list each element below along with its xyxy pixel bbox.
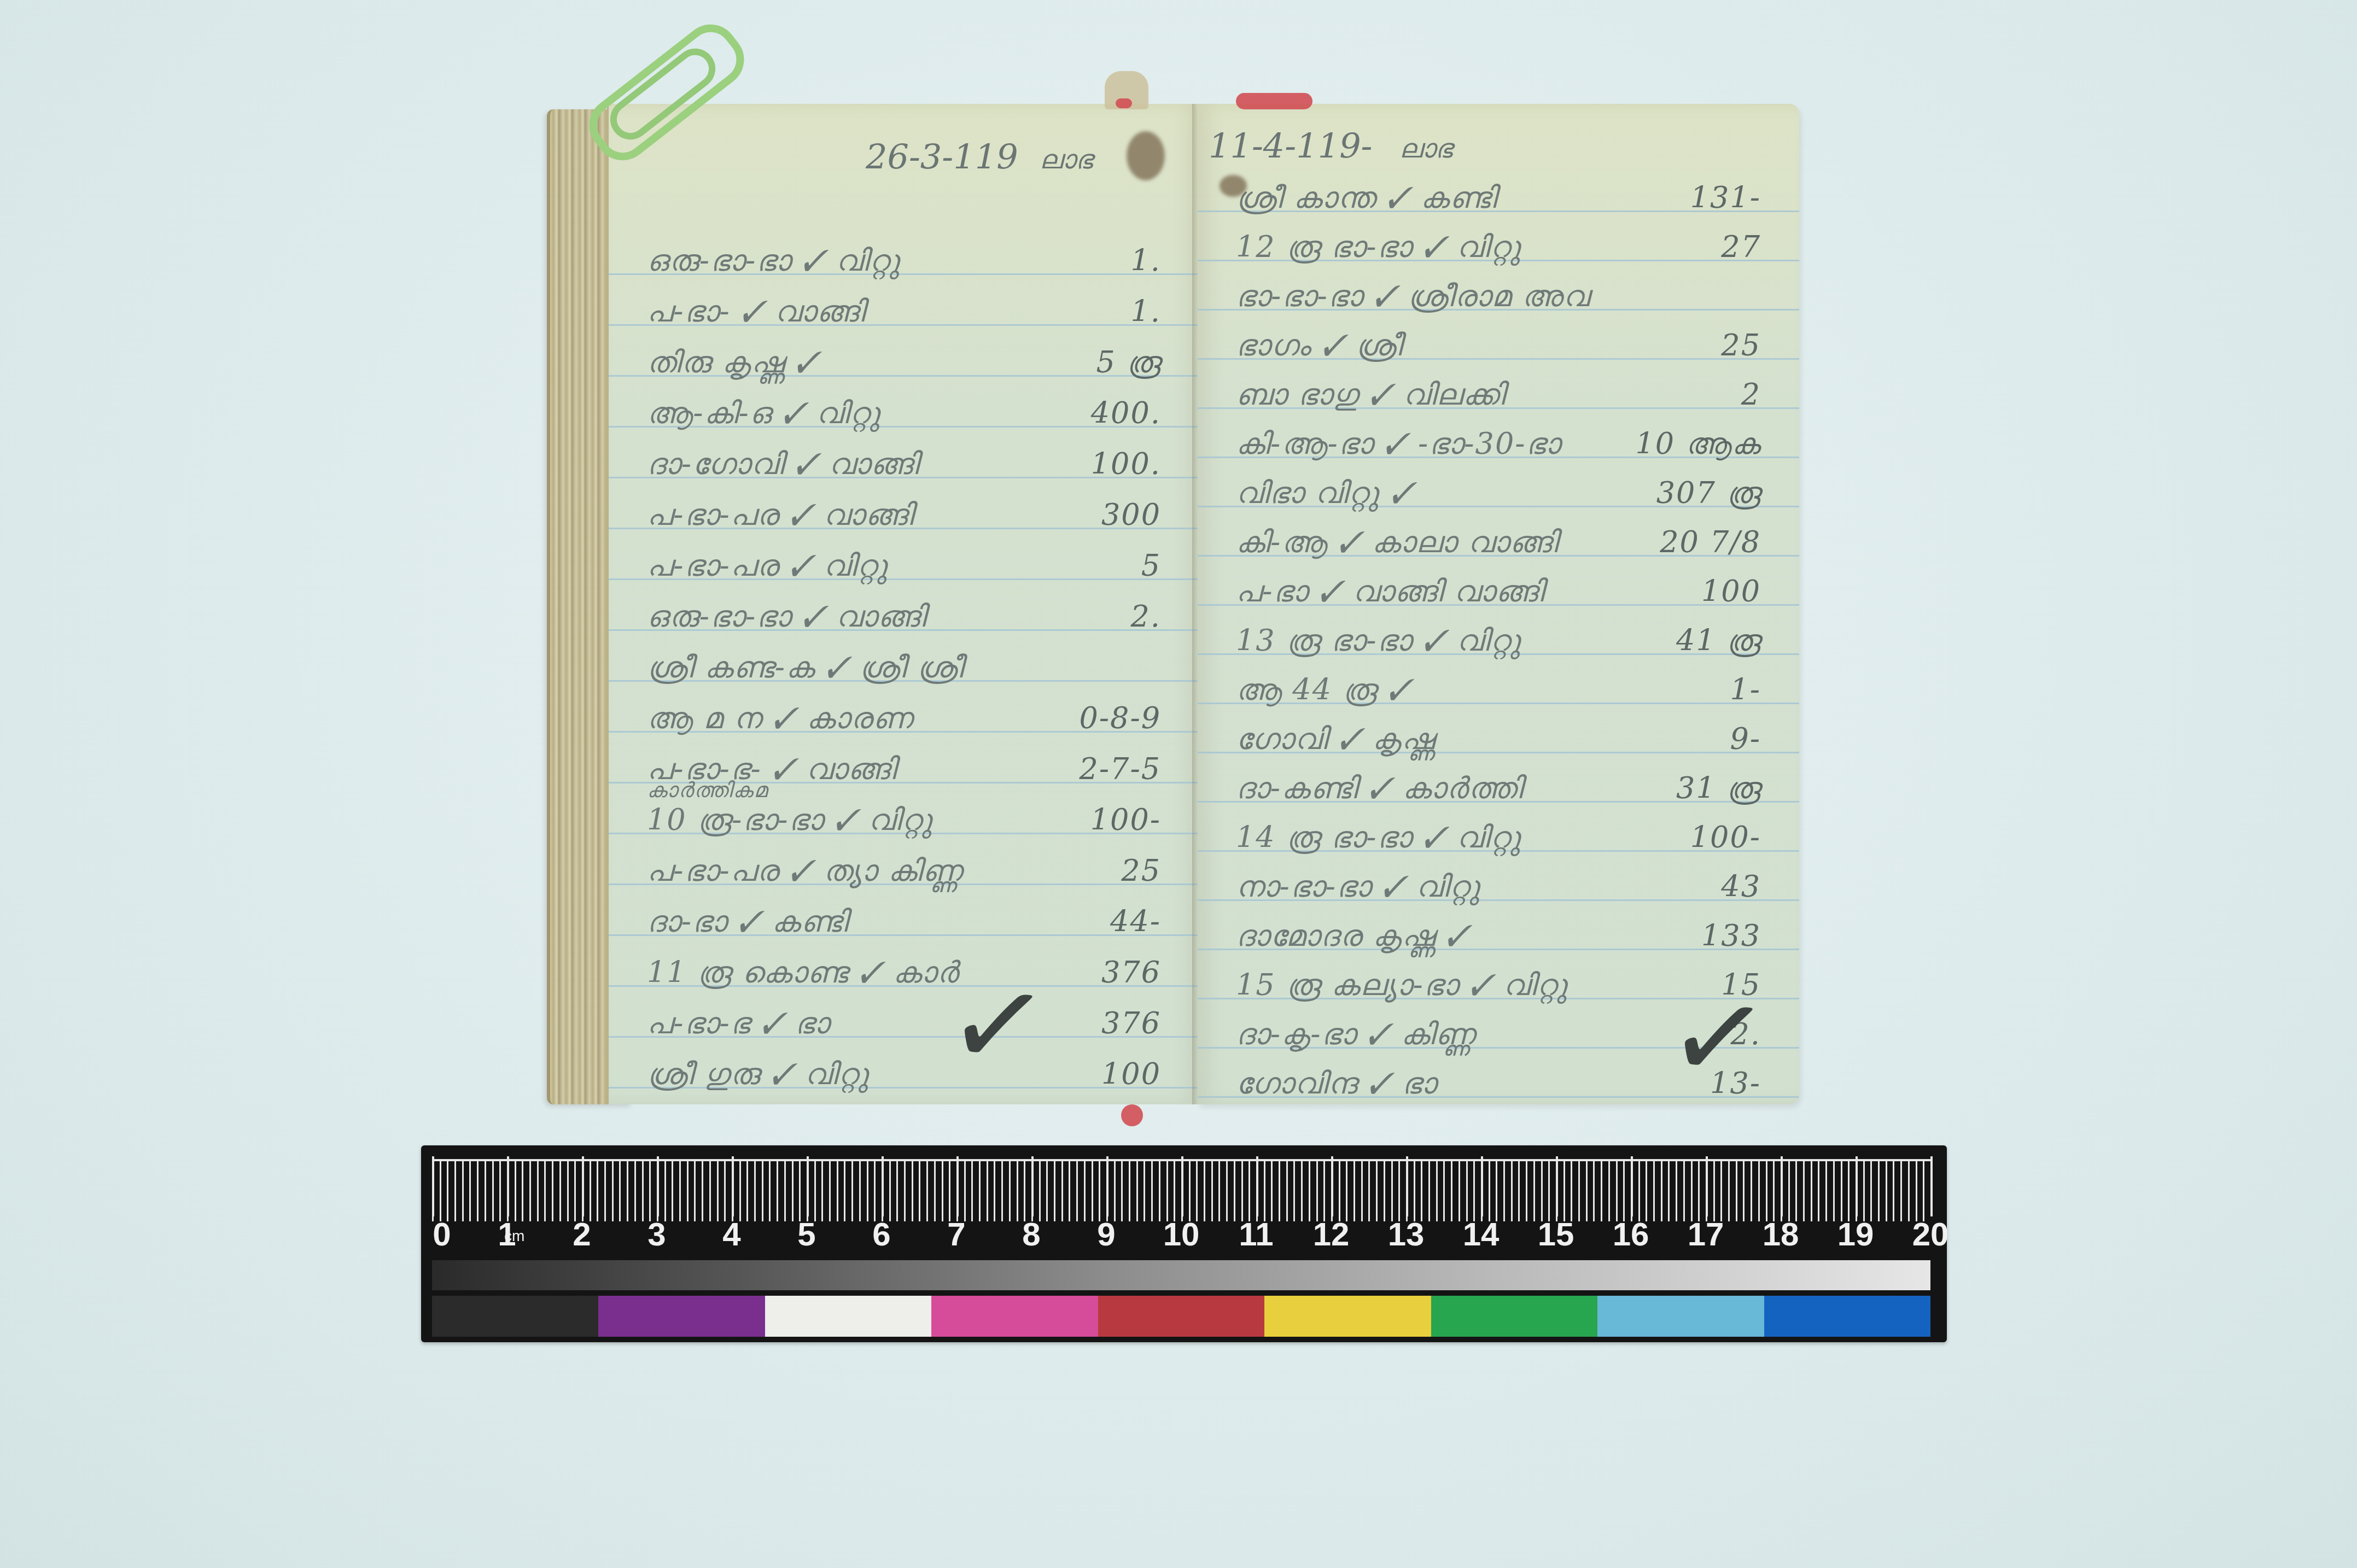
entry-text: പ-ഭാ-ഭ ✓ ഭാ <box>647 1006 830 1040</box>
ruler-label: 7 <box>947 1215 965 1253</box>
ruler-unit: cm <box>504 1227 524 1245</box>
stain <box>1220 175 1247 197</box>
entry-text: നാ-ഭാ-ഭാ ✓ വിറ്റു <box>1236 869 1481 904</box>
entry-amount: 100 <box>1701 574 1761 609</box>
entry-text: ദാമോദര കൃഷ്ണ ✓ <box>1236 918 1469 953</box>
ruler-major-tick <box>1031 1156 1034 1216</box>
ruler-major-tick <box>807 1156 809 1216</box>
ruler-major-tick <box>1706 1156 1708 1216</box>
ruler-major-tick <box>507 1156 509 1216</box>
entry-amount: 25 <box>1121 853 1161 888</box>
color-swatch <box>1764 1296 1930 1337</box>
ruler-label: 20 <box>1912 1215 1949 1253</box>
ledger-entry: വിഭാ വിറ്റു ✓307 രൂ <box>1236 476 1777 519</box>
ledger-entry: ആ മ ന ✓ കാരണ0-8-9 <box>647 701 1177 745</box>
entry-text: ദാ-ഗോവി ✓ വാങ്ങി <box>647 447 919 481</box>
ledger-entry: നാ-ഭാ-ഭാ ✓ വിറ്റു43 <box>1236 869 1777 913</box>
ledger-entry: ഭാ-ഭാ-ഭാ ✓ ശ്രീരാമ അവ <box>1236 279 1777 323</box>
ruler-label: 12 <box>1313 1215 1350 1253</box>
ruler-label: 4 <box>722 1215 740 1253</box>
ledger-entry: ബാ ഭാഗു ✓ വിലക്കി2 <box>1236 377 1777 421</box>
entry-amount: 376 <box>1101 955 1161 990</box>
entry-amount: 0-8-9 <box>1079 701 1161 735</box>
entry-amount: 2 <box>1741 377 1761 412</box>
ruler-label: 6 <box>872 1215 890 1253</box>
ruler-major-tick <box>432 1156 434 1216</box>
entry-amount: 5 <box>1141 548 1161 583</box>
entry-text: ദാ-കൃ-ഭാ ✓ കിണ്ണ <box>1236 1017 1475 1051</box>
entry-text: 15 രൂ കല്യാ-ഭാ ✓ വിറ്റു <box>1236 968 1568 1002</box>
ledger-entry: 12 രൂ ഭാ-ഭാ ✓ വിറ്റു27 <box>1236 230 1777 273</box>
ledger-entry: 13 രൂ ഭാ-ഭാ ✓ വിറ്റു41 രൂ <box>1236 623 1777 667</box>
ledger-entry: ഒരു-ഭാ-ഭാ ✓ വിറ്റു1. <box>647 243 1177 287</box>
entry-amount: 131- <box>1690 180 1761 215</box>
entry-text: ആ 44 രൂ ✓ <box>1236 672 1411 707</box>
grayscale-bar <box>432 1260 1930 1290</box>
ruler-label: 19 <box>1837 1215 1874 1253</box>
entry-amount: 133 <box>1701 918 1761 953</box>
ruler-major-tick <box>582 1156 584 1216</box>
entry-text: കി-ആ ✓ കാലാ വാങ്ങി <box>1236 525 1559 559</box>
ruler-major-tick <box>732 1156 734 1216</box>
entry-amount: 100- <box>1090 803 1161 837</box>
ledger-entry: ദാ-ഭാ ✓ കണ്ടി44- <box>647 904 1177 948</box>
color-swatch <box>432 1296 598 1337</box>
ruler-label: 11 <box>1239 1215 1273 1253</box>
entry-amount: 2. <box>1130 599 1161 634</box>
ruler-label: 0 <box>433 1215 451 1253</box>
ledger-entry: പ-ഭാ ✓ വാങ്ങി വാങ്ങി100 <box>1236 574 1777 618</box>
entry-amount: 1. <box>1130 294 1161 329</box>
color-swatch <box>1431 1296 1597 1337</box>
scale-ruler: 01234567891011121314151617181920 cm <box>421 1145 1947 1342</box>
ruler-label: 18 <box>1763 1215 1799 1253</box>
entry-text: വിഭാ വിറ്റു ✓ <box>1236 476 1414 510</box>
entry-text: 10 രൂ-ഭാ-ഭാ ✓ വിറ്റു <box>647 803 934 837</box>
ruler-major-tick <box>882 1156 884 1216</box>
entry-text: 12 രൂ ഭാ-ഭാ ✓ വിറ്റു <box>1236 230 1522 264</box>
entry-text: പ-ഭാ ✓ വാങ്ങി വാങ്ങി <box>1236 574 1544 609</box>
entry-amount: 100. <box>1091 447 1161 481</box>
ledger-entry: 14 രൂ ഭാ-ഭാ ✓ വിറ്റു100- <box>1236 820 1777 864</box>
ledger-entry: 10 രൂ-ഭാ-ഭാ ✓ വിറ്റു100-കാർത്തികമ <box>647 803 1177 846</box>
color-swatch <box>765 1296 931 1337</box>
entry-amount: 25 <box>1721 328 1761 362</box>
entry-amount: 376 <box>1101 1006 1161 1040</box>
entry-text: തിരു കൃഷ്ണ ✓ <box>647 345 819 379</box>
stain <box>1127 131 1165 180</box>
ruler-major-tick <box>1481 1156 1483 1216</box>
binding-thread <box>1116 98 1132 108</box>
entry-text: ഭാഗം ✓ ശ്രീ <box>1236 328 1403 362</box>
entry-note: കാർത്തികമ <box>647 778 768 803</box>
right-page-date: 11-4-119- ലാഭ <box>1209 126 1452 166</box>
ledger-entry: ഗോവി ✓ കൃഷ്ണ9- <box>1236 722 1777 765</box>
entry-text: ഗോവിന്ദ ✓ ഭാ <box>1236 1066 1437 1101</box>
left-page: 26-3-119 ലാഭ ഒരു-ഭാ-ഭാ ✓ വിറ്റു1.പ-ഭാ- ✓… <box>607 104 1199 1104</box>
entry-text: ദാ-ഭാ ✓ കണ്ടി <box>647 904 849 939</box>
ruler-major-tick <box>1930 1156 1933 1216</box>
color-swatch <box>1597 1296 1764 1337</box>
right-page: 11-4-119- ലാഭ ശ്രീ കാന്ത ✓ കണ്ടി131-12 ര… <box>1198 104 1799 1104</box>
ruler-label: 14 <box>1463 1215 1500 1253</box>
ruler-label: 16 <box>1613 1215 1649 1253</box>
ruler-label: 15 <box>1538 1215 1574 1253</box>
entry-amount: 10 ആക <box>1635 426 1761 461</box>
color-swatch <box>1264 1296 1431 1337</box>
ledger-entry: 11 രൂ കൊണ്ട ✓ കാർ376 <box>647 955 1177 999</box>
ruler-label: 3 <box>647 1215 666 1253</box>
entry-text: ആ-കി-ഒ ✓ വിറ്റു <box>647 396 882 430</box>
entry-amount: 44- <box>1110 904 1161 939</box>
ledger-entry: ദാ-കണ്ടി ✓ കാർത്തി31 രൂ <box>1236 771 1777 815</box>
ledger-entry: ശ്രീ ഗുരു ✓ വിറ്റു100 <box>647 1057 1177 1101</box>
ruler-major-tick <box>1781 1156 1783 1216</box>
ruler-label: 10 <box>1163 1215 1200 1253</box>
ruler-major-tick <box>1331 1156 1333 1216</box>
ledger-entry: കി-ആ ✓ കാലാ വാങ്ങി20 7/8 <box>1236 525 1777 569</box>
ruler-label: 2 <box>573 1215 591 1253</box>
left-page-date: 26-3-119 ലാഭ <box>866 137 1093 177</box>
entry-amount: 31 രൂ <box>1676 771 1761 806</box>
entry-text: 13 രൂ ഭാ-ഭാ ✓ വിറ്റു <box>1236 623 1522 658</box>
entry-amount: 2-7-5 <box>1079 752 1161 786</box>
entry-text: ശ്രീ കാന്ത ✓ കണ്ടി <box>1236 180 1497 215</box>
large-checkmark-icon: ✓ <box>1659 961 1778 1104</box>
ledger-entry: ശ്രീ കാന്ത ✓ കണ്ടി131- <box>1236 180 1777 224</box>
entry-text: ദാ-കണ്ടി ✓ കാർത്തി <box>1236 771 1523 805</box>
entry-amount: 9- <box>1730 722 1761 756</box>
ruler-major-tick <box>1106 1156 1109 1216</box>
ledger-entry: ദാമോദര കൃഷ്ണ ✓133 <box>1236 918 1777 962</box>
entry-text: 14 രൂ ഭാ-ഭാ ✓ വിറ്റു <box>1236 820 1522 855</box>
ruler-label: 9 <box>1097 1215 1115 1253</box>
entry-amount: 100- <box>1690 820 1761 855</box>
ledger-entry: ആ-കി-ഒ ✓ വിറ്റു400. <box>647 396 1177 440</box>
entry-text: ആ മ ന ✓ കാരണ <box>647 701 913 735</box>
entry-text: പ-ഭാ-പര ✓ ത്യാ കിണ്ണ <box>647 853 963 888</box>
ledger-entry: ഭാഗം ✓ ശ്രീ25 <box>1236 328 1777 372</box>
binding-thread <box>1121 1104 1143 1126</box>
ledger-entry: പ-ഭാ-പര ✓ വാങ്ങി300 <box>647 498 1177 541</box>
entry-amount: 43 <box>1721 869 1761 904</box>
ruler-major-tick <box>657 1156 659 1216</box>
notebook: 26-3-119 ലാഭ ഒരു-ഭാ-ഭാ ✓ വിറ്റു1.പ-ഭാ- ✓… <box>547 104 1805 1104</box>
entry-amount: 1- <box>1730 672 1761 707</box>
ledger-entry: ദാ-ഗോവി ✓ വാങ്ങി100. <box>647 447 1177 490</box>
ruler-label: 17 <box>1688 1215 1724 1253</box>
entry-amount: 41 രൂ <box>1676 623 1761 658</box>
entry-amount: 100 <box>1101 1057 1161 1091</box>
entry-amount: 5 രൂ <box>1096 345 1161 380</box>
entry-text: ഭാ-ഭാ-ഭാ ✓ ശ്രീരാമ അവ <box>1236 279 1590 313</box>
ledger-entry: പ-ഭാ-ഭ ✓ ഭാ376 <box>647 1006 1177 1050</box>
ledger-entry: പ-ഭാ-പര ✓ വിറ്റു5 <box>647 548 1177 592</box>
entry-text: പ-ഭാ-പര ✓ വാങ്ങി <box>647 498 914 532</box>
entry-text: ശ്രീ കണ്ട-ക ✓ ശ്രീ ശ്രീ <box>647 650 964 684</box>
entry-text: 11 രൂ കൊണ്ട ✓ കാർ <box>647 955 959 990</box>
entry-amount: 400. <box>1091 396 1161 430</box>
ruler-major-tick <box>1256 1156 1258 1216</box>
entry-amount: 300 <box>1101 498 1161 532</box>
ledger-entry: ഒരു-ഭാ-ഭാ ✓ വാങ്ങി2. <box>647 599 1177 643</box>
entry-amount: 307 രൂ <box>1656 476 1761 511</box>
ruler-major-tick <box>1556 1156 1558 1216</box>
ruler-label: 13 <box>1388 1215 1425 1253</box>
color-swatch <box>598 1296 765 1337</box>
entry-text: ബാ ഭാഗു ✓ വിലക്കി <box>1236 377 1506 412</box>
entry-text: പ-ഭാ- ✓ വാങ്ങി <box>647 294 866 329</box>
ledger-entry: പ-ഭാ-പര ✓ ത്യാ കിണ്ണ25 <box>647 853 1177 897</box>
ruler-major-tick <box>1631 1156 1633 1216</box>
ledger-entry: ശ്രീ കണ്ട-ക ✓ ശ്രീ ശ്രീ <box>647 650 1177 694</box>
color-swatch <box>931 1296 1098 1337</box>
ruler-major-tick <box>1181 1156 1183 1216</box>
ruler-major-tick <box>1856 1156 1858 1216</box>
ruler-label: 8 <box>1022 1215 1040 1253</box>
binding-thread <box>1236 93 1312 109</box>
entry-amount: 20 7/8 <box>1660 525 1761 559</box>
ledger-entry: തിരു കൃഷ്ണ ✓5 രൂ <box>647 345 1177 389</box>
entry-amount: 1. <box>1130 243 1161 278</box>
entry-text: ശ്രീ ഗുരു ✓ വിറ്റു <box>647 1057 870 1091</box>
ruler-major-tick <box>1406 1156 1408 1216</box>
ruler-label: 5 <box>797 1215 815 1253</box>
ledger-entry: ആ 44 രൂ ✓1- <box>1236 672 1777 716</box>
entry-text: ഒരു-ഭാ-ഭാ ✓ വാങ്ങി <box>647 599 926 634</box>
color-swatch <box>1098 1296 1264 1337</box>
entry-text: ഒരു-ഭാ-ഭാ ✓ വിറ്റു <box>647 243 901 278</box>
entry-text: കി-ആ-ഭാ ✓ -ഭാ-30-ഭാ <box>1236 426 1561 461</box>
ledger-entry: പ-ഭാ- ✓ വാങ്ങി1. <box>647 294 1177 338</box>
entry-text: പ-ഭാ-പര ✓ വിറ്റു <box>647 548 889 583</box>
ledger-entry: കി-ആ-ഭാ ✓ -ഭാ-30-ഭാ10 ആക <box>1236 426 1777 470</box>
entry-amount: 27 <box>1721 230 1761 264</box>
large-checkmark-icon: ✓ <box>938 949 1058 1101</box>
ruler-major-tick <box>956 1156 959 1216</box>
color-swatches <box>432 1296 1930 1337</box>
entry-text: ഗോവി ✓ കൃഷ്ണ <box>1236 722 1435 756</box>
